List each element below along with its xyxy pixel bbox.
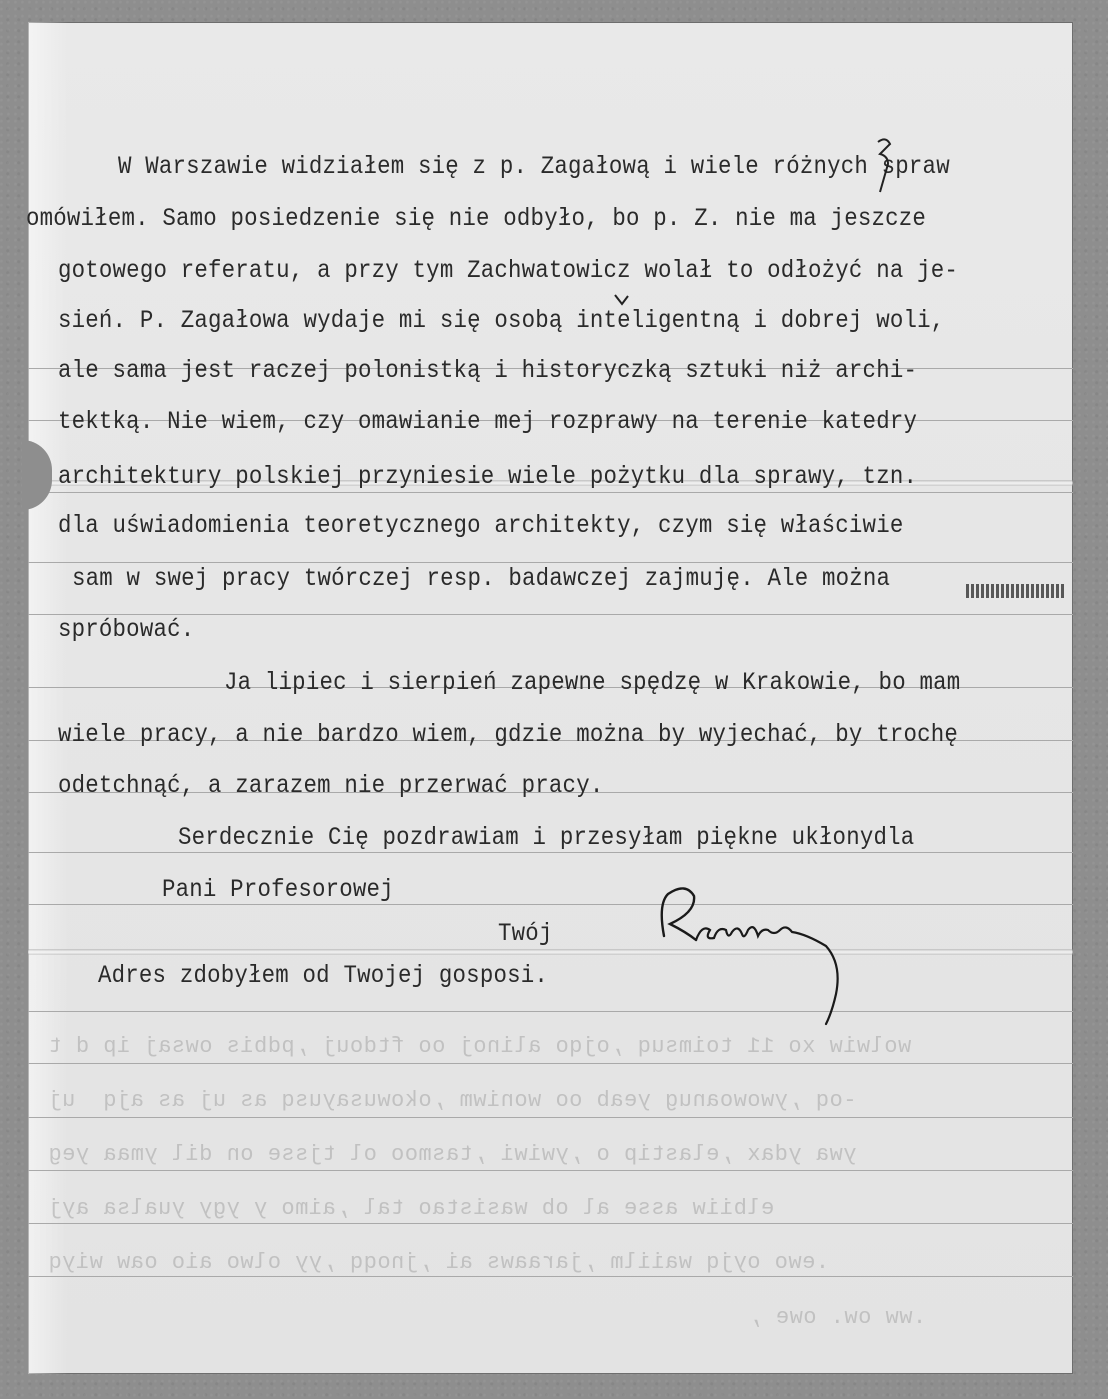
- letter-line: Ja lipiec i sierpień zapewne spędzę w Kr…: [224, 668, 960, 697]
- handwritten-signature: [656, 884, 886, 1034]
- ruled-line: [28, 1170, 1073, 1171]
- letter-line: omówiłem. Samo posiedzenie się nie odbył…: [26, 204, 926, 233]
- struck-out-text: [966, 584, 1066, 598]
- valediction: Twój: [498, 919, 553, 948]
- handwritten-correction-mark: [870, 134, 900, 194]
- show-through-text: .ww ow. owe ,: [748, 1305, 926, 1330]
- closing-greeting-recipient: Pani Profesorowej: [162, 875, 394, 904]
- ruled-line: [28, 492, 1073, 493]
- closing-greeting: Serdecznie Cię pozdrawiam i przesyłam pi…: [178, 823, 914, 852]
- letter-line: odetchnąć, a zarazem nie przerwać pracy.: [58, 771, 603, 800]
- show-through-text: .ewo oyjq waiilm ,jaraaws ai ,jnoqq ,yy …: [48, 1250, 829, 1275]
- ruled-line: [28, 904, 1073, 905]
- letter-line: tektką. Nie wiem, czy omawianie mej rozp…: [58, 407, 917, 436]
- show-through-text: ywa ydax ,elastip o ,ywiwi ,tasmoo ol tj…: [48, 1142, 856, 1167]
- ruled-line: [28, 852, 1073, 853]
- ruled-line: [28, 1011, 1073, 1012]
- ruled-line: [28, 1063, 1073, 1064]
- letter-line: ale sama jest raczej polonistką i histor…: [58, 356, 917, 385]
- ruled-line: [28, 1276, 1073, 1277]
- letter-line: sień. P. Zagałowa wydaje mi się osobą in…: [58, 306, 944, 335]
- letter-line: wiele pracy, a nie bardzo wiem, gdzie mo…: [58, 720, 958, 749]
- letter-line: gotowego referatu, a przy tym Zachwatowi…: [58, 256, 958, 285]
- ruled-line: [28, 1223, 1073, 1224]
- show-through-text: -oq ,ywowoanug yeab oo woniwm ,okowusayu…: [48, 1088, 856, 1113]
- ruled-line: [28, 562, 1073, 563]
- handwritten-accent-mark: [612, 292, 632, 312]
- letter-page: wolwiw xo 11 toimsuq ,ojqo alinoj oo ftd…: [28, 22, 1073, 1374]
- letter-line: W Warszawie widziałem się z p. Zagałową …: [118, 152, 950, 181]
- ruled-line: [28, 1117, 1073, 1118]
- letter-line: sam w swej pracy twórczej resp. badawcze…: [72, 564, 890, 593]
- letter-line: architektury polskiej przyniesie wiele p…: [58, 462, 917, 491]
- letter-line: spróbować.: [58, 615, 194, 644]
- show-through-text: wolwiw xo 11 toimsuq ,ojqo alinoj oo ftd…: [48, 1034, 911, 1059]
- letter-line: dla uświadomienia teoretycznego architek…: [58, 511, 903, 540]
- fold-crease: [28, 949, 1073, 955]
- postscript: Adres zdobyłem od Twojej gosposi.: [98, 961, 548, 990]
- show-through-text: elbiiw asse al ob wasistao tal ,aimo y y…: [48, 1196, 774, 1221]
